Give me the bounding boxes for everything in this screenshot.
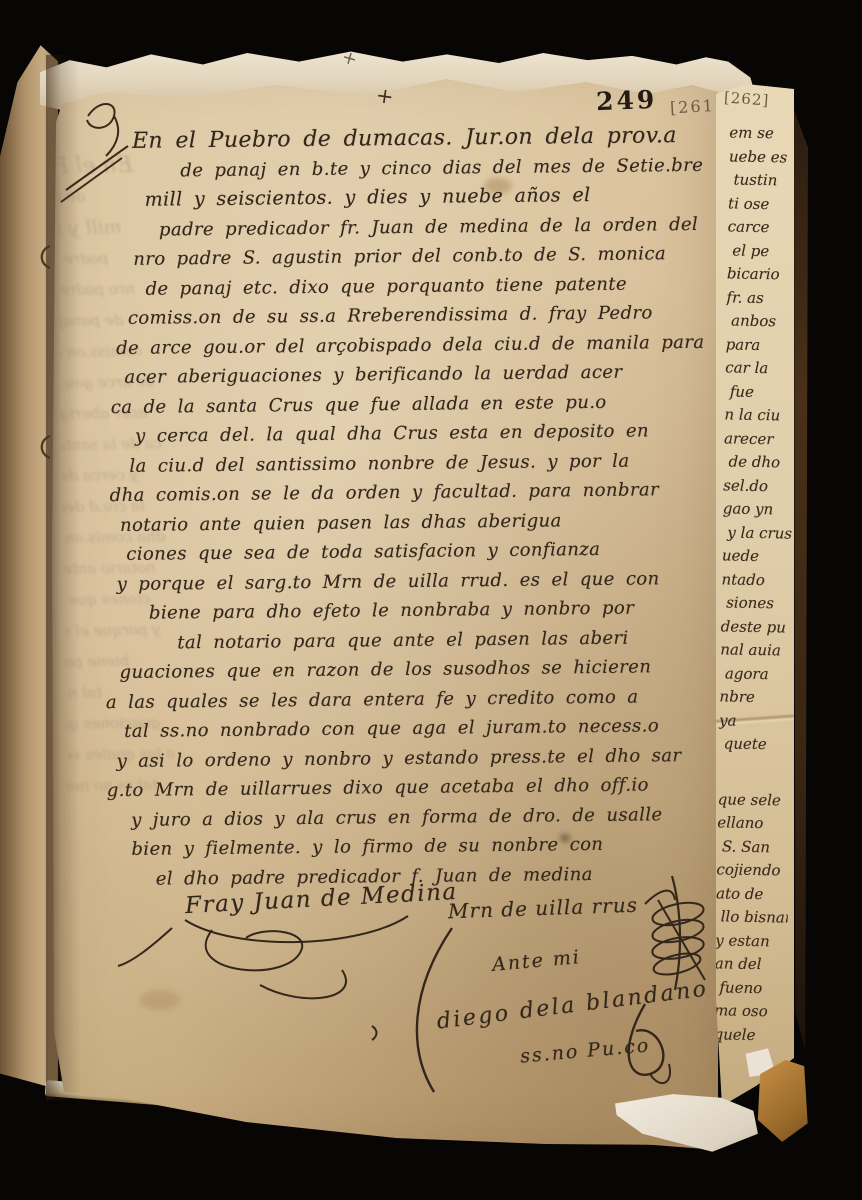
folio-fragment: nal auia — [720, 638, 792, 663]
manuscript-line: de panaj en b.te y cinco dias del mes de… — [180, 150, 714, 185]
folio-fragment: sel.do — [723, 474, 795, 499]
folio-fragment: an del — [715, 952, 787, 977]
folio-fragment: arecer — [724, 427, 796, 452]
folio-fragment: ellano — [717, 811, 789, 836]
folio-fragment: car la — [725, 356, 797, 381]
folio-fragment: carce — [728, 215, 800, 240]
folio-fragment: quete — [723, 732, 790, 757]
folio-fragment: bicario — [727, 262, 799, 287]
next-folio-text: em seuebe estustinti osecarceel pebicari… — [712, 121, 801, 1102]
signature-rubrics — [60, 858, 780, 1120]
folio-fragment: em se — [729, 121, 801, 146]
folio-fragment: deste pu — [721, 615, 793, 640]
folio-fragment: uede — [722, 544, 794, 569]
folio-fragment: para — [725, 333, 797, 358]
folio-fragment: uebe es — [729, 145, 801, 170]
manuscript-line: biene para dho efeto le nonbraba y nonbr… — [149, 593, 719, 628]
folio-fragment: cojiendo — [716, 858, 788, 883]
binding-thread — [36, 240, 56, 680]
manuscript-line: de arce gou.or del arçobispado dela ciu.… — [116, 327, 716, 363]
folio-numbers: 249 [261] — [596, 86, 723, 115]
manuscript-line: nro padre S. agustin prior del conb.to d… — [133, 239, 715, 275]
folio-fragment: ya — [719, 709, 791, 734]
manuscript-photo: { "photo": { "background_color": "#07060… — [0, 0, 862, 1200]
folio-fragment: ti ose — [728, 192, 800, 217]
manuscript-line: y juro a dios y ala crus en forma de dro… — [131, 799, 721, 835]
folio-fragment: fue — [730, 380, 797, 405]
next-folio-strip: [262] em seuebe estustinti osecarceel pe… — [716, 80, 794, 1112]
folio-fragment: anbos — [731, 310, 798, 335]
folio-fragment: ma oso — [714, 999, 786, 1024]
folio-fragment: el pe — [732, 239, 799, 264]
folio-fragment: S. San — [722, 835, 789, 860]
old-foliation-mark: [261] — [670, 96, 724, 118]
folio-fragment: quele — [713, 1023, 785, 1048]
page-number: 249 — [596, 85, 658, 116]
folio-fragment: fr. as — [726, 286, 798, 311]
folio-fragment: y la crus — [727, 521, 794, 546]
folio-fragment: gao yn — [723, 497, 795, 522]
folio-fragment: ato de — [716, 882, 788, 907]
folio-fragment: y estan — [715, 929, 787, 954]
folio-fragment: ntado — [721, 568, 793, 593]
page-block-edge — [794, 110, 808, 1050]
folio-fragment: siones — [726, 591, 793, 616]
folio-fragment: llo bisnar — [720, 905, 787, 930]
folio-fragment: de dho — [728, 450, 795, 475]
invocation-cross-mark: + — [374, 83, 395, 109]
folio-fragment: n la ciu — [724, 403, 796, 428]
manuscript-line: y cerca del. la qual dha Crus esta en de… — [135, 416, 717, 452]
folio-fragment: agora — [725, 662, 792, 687]
next-folio-old-foliation: [262] — [723, 88, 769, 109]
folio-fragment: fueno — [719, 976, 786, 1001]
folio-fragment: nbre — [719, 685, 791, 710]
folio-fragment: que sele — [718, 788, 790, 813]
folio-fragment: tustin — [733, 169, 800, 194]
manuscript-text: En el Puebro de dumacas. Jur.on dela pro… — [86, 121, 722, 918]
